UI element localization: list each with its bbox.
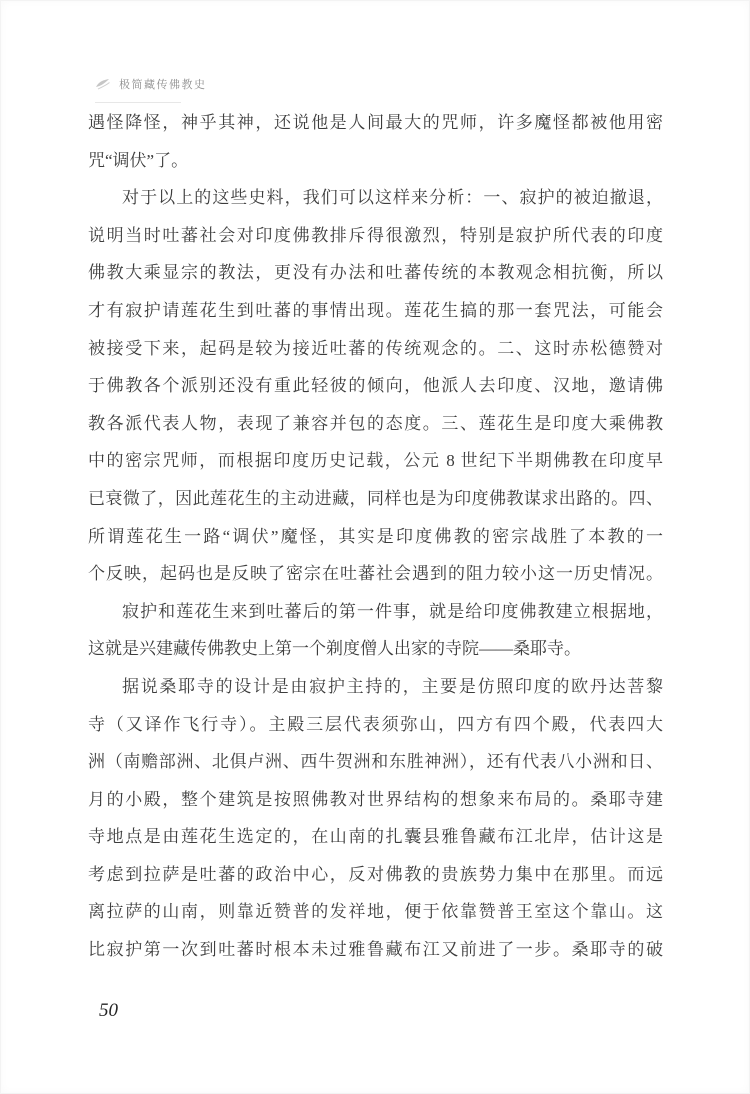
text-line: 个反映，起码也是反映了密宗在吐蕃社会遇到的阻力较小这一历史情况。 xyxy=(88,555,663,593)
paragraph: 寂护和莲花生来到吐蕃后的第一件事，就是给印度佛教建立根据地， 这就是兴建藏传佛教… xyxy=(88,593,663,668)
book-title: 极简藏传佛教史 xyxy=(119,76,207,92)
ornament-icon xyxy=(95,78,111,90)
text-line: 佛教大乘显宗的教法，更没有办法和吐蕃传统的本教观念相抗衡，所以 xyxy=(88,254,663,292)
running-header: 极简藏传佛教史 xyxy=(95,76,207,92)
paragraph: 据说桑耶寺的设计是由寂护主持的，主要是仿照印度的欧丹达菩黎 寺（又译作飞行寺）。… xyxy=(88,668,663,969)
text-line: 考虑到拉萨是吐蕃的政治中心，反对佛教的贵族势力集中在那里。而远 xyxy=(88,856,663,894)
text-line: 已衰微了，因此莲花生的主动进藏，同样也是为印度佛教谋求出路的。四、 xyxy=(88,480,663,518)
page-body: 遇怪降怪，神乎其神，还说他是人间最大的咒师，许多魔怪都被他用密 咒“调伏”了。 … xyxy=(88,104,663,969)
text-line: 中的密宗咒师，而根据印度历史记载，公元 8 世纪下半期佛教在印度早 xyxy=(88,442,663,480)
paragraph: 对于以上的这些史料，我们可以这样来分析：一、寂护的被迫撤退， 说明当时吐蕃社会对… xyxy=(88,179,663,593)
text-line: 寂护和莲花生来到吐蕃后的第一件事，就是给印度佛教建立根据地， xyxy=(88,593,663,631)
text-line: 对于以上的这些史料，我们可以这样来分析：一、寂护的被迫撤退， xyxy=(88,179,663,217)
text-line: 才有寂护请莲花生到吐蕃的事情出现。莲花生搞的那一套咒法，可能会 xyxy=(88,292,663,330)
text-line: 比寂护第一次到吐蕃时根本未过雅鲁藏布江又前进了一步。桑耶寺的破 xyxy=(88,931,663,969)
text-line: 据说桑耶寺的设计是由寂护主持的，主要是仿照印度的欧丹达菩黎 xyxy=(88,668,663,706)
text-line: 说明当时吐蕃社会对印度佛教排斥得很激烈，特别是寂护所代表的印度 xyxy=(88,217,663,255)
text-line: 所谓莲花生一路“调伏”魔怪，其实是印度佛教的密宗战胜了本教的一 xyxy=(88,518,663,556)
text-line: 寺（又译作飞行寺）。主殿三层代表须弥山，四方有四个殿，代表四大 xyxy=(88,706,663,744)
text-line: 于佛教各个派别还没有重此轻彼的倾向，他派人去印度、汉地，邀请佛 xyxy=(88,367,663,405)
text-line: 洲（南赡部洲、北俱卢洲、西牛贺洲和东胜神洲），还有代表八小洲和日、 xyxy=(88,743,663,781)
text-line: 被接受下来，起码是较为接近吐蕃的传统观念的。二、这时赤松德赞对 xyxy=(88,330,663,368)
text-line: 咒“调伏”了。 xyxy=(88,142,663,180)
paragraph: 遇怪降怪，神乎其神，还说他是人间最大的咒师，许多魔怪都被他用密 咒“调伏”了。 xyxy=(88,104,663,179)
text-line: 寺地点是由莲花生选定的，在山南的扎囊县雅鲁藏布江北岸，估计这是 xyxy=(88,818,663,856)
page-number: 50 xyxy=(99,1000,118,1022)
book-page: 极简藏传佛教史 遇怪降怪，神乎其神，还说他是人间最大的咒师，许多魔怪都被他用密 … xyxy=(0,0,750,1094)
text-line: 月的小殿，整个建筑是按照佛教对世界结构的想象来布局的。桑耶寺建 xyxy=(88,781,663,819)
text-line: 这就是兴建藏传佛教史上第一个剃度僧人出家的寺院——桑耶寺。 xyxy=(88,630,663,668)
text-line: 离拉萨的山南，则靠近赞普的发祥地，便于依靠赞普王室这个靠山。这 xyxy=(88,893,663,931)
text-line: 教各派代表人物，表现了兼容并包的态度。三、莲花生是印度大乘佛教 xyxy=(88,405,663,443)
header-rule xyxy=(95,102,181,103)
text-line: 遇怪降怪，神乎其神，还说他是人间最大的咒师，许多魔怪都被他用密 xyxy=(88,104,663,142)
